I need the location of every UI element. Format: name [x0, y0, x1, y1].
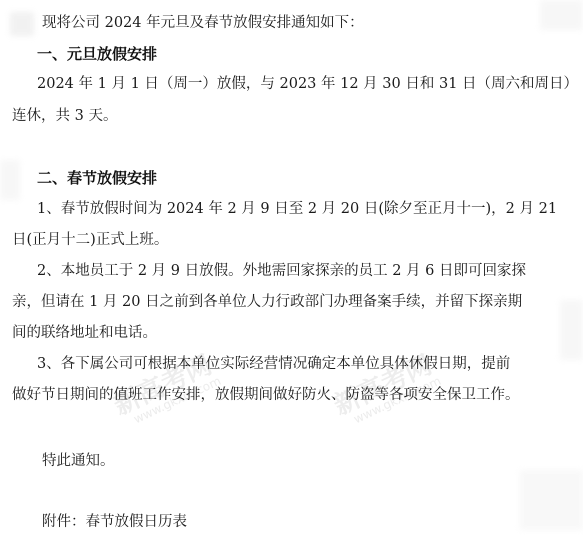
intro-paragraph: 现将公司 2024 年元旦及春节放假安排通知如下： [42, 13, 364, 33]
section1-line: 2024 年 1 月 1 日（周一）放假，与 2023 年 12 月 30 日和… [37, 74, 578, 94]
closing-text: 特此通知。 [42, 451, 115, 471]
watermark-blob [0, 160, 20, 200]
watermark-blob [560, 300, 583, 360]
watermark-blob [520, 470, 583, 530]
item2-line: 2、本地员工于 2 月 9 日放假。外地需回家探亲的员工 2 月 6 日即可回家… [37, 261, 526, 281]
item3-line: 做好节日期间的值班工作安排，放假期间做好防火、防盗等各项安全保卫工作。 [12, 385, 520, 405]
watermark-blob [540, 0, 583, 30]
item1-line: 1、春节放假时间为 2024 年 2 月 9 日至 2 月 20 日(除夕至正月… [37, 199, 557, 219]
watermark-blob [10, 12, 34, 36]
attachment-text: 附件：春节放假日历表 [42, 512, 187, 532]
item1-line: 日(正月十二)正式上班。 [12, 230, 168, 250]
section-heading-new-year: 一、元旦放假安排 [37, 44, 157, 64]
item2-line: 间的联络地址和电话。 [12, 323, 157, 343]
item2-line: 亲，但请在 1 月 20 日之前到各单位人力行政部门办理备案手续，并留下探亲期 [12, 292, 522, 312]
section-heading-spring-festival: 二、春节放假安排 [37, 168, 157, 188]
section1-line: 连休，共 3 天。 [12, 106, 117, 126]
item3-line: 3、各下属公司可根据本单位实际经营情况确定本单位具体休假日期，提前 [37, 354, 510, 374]
